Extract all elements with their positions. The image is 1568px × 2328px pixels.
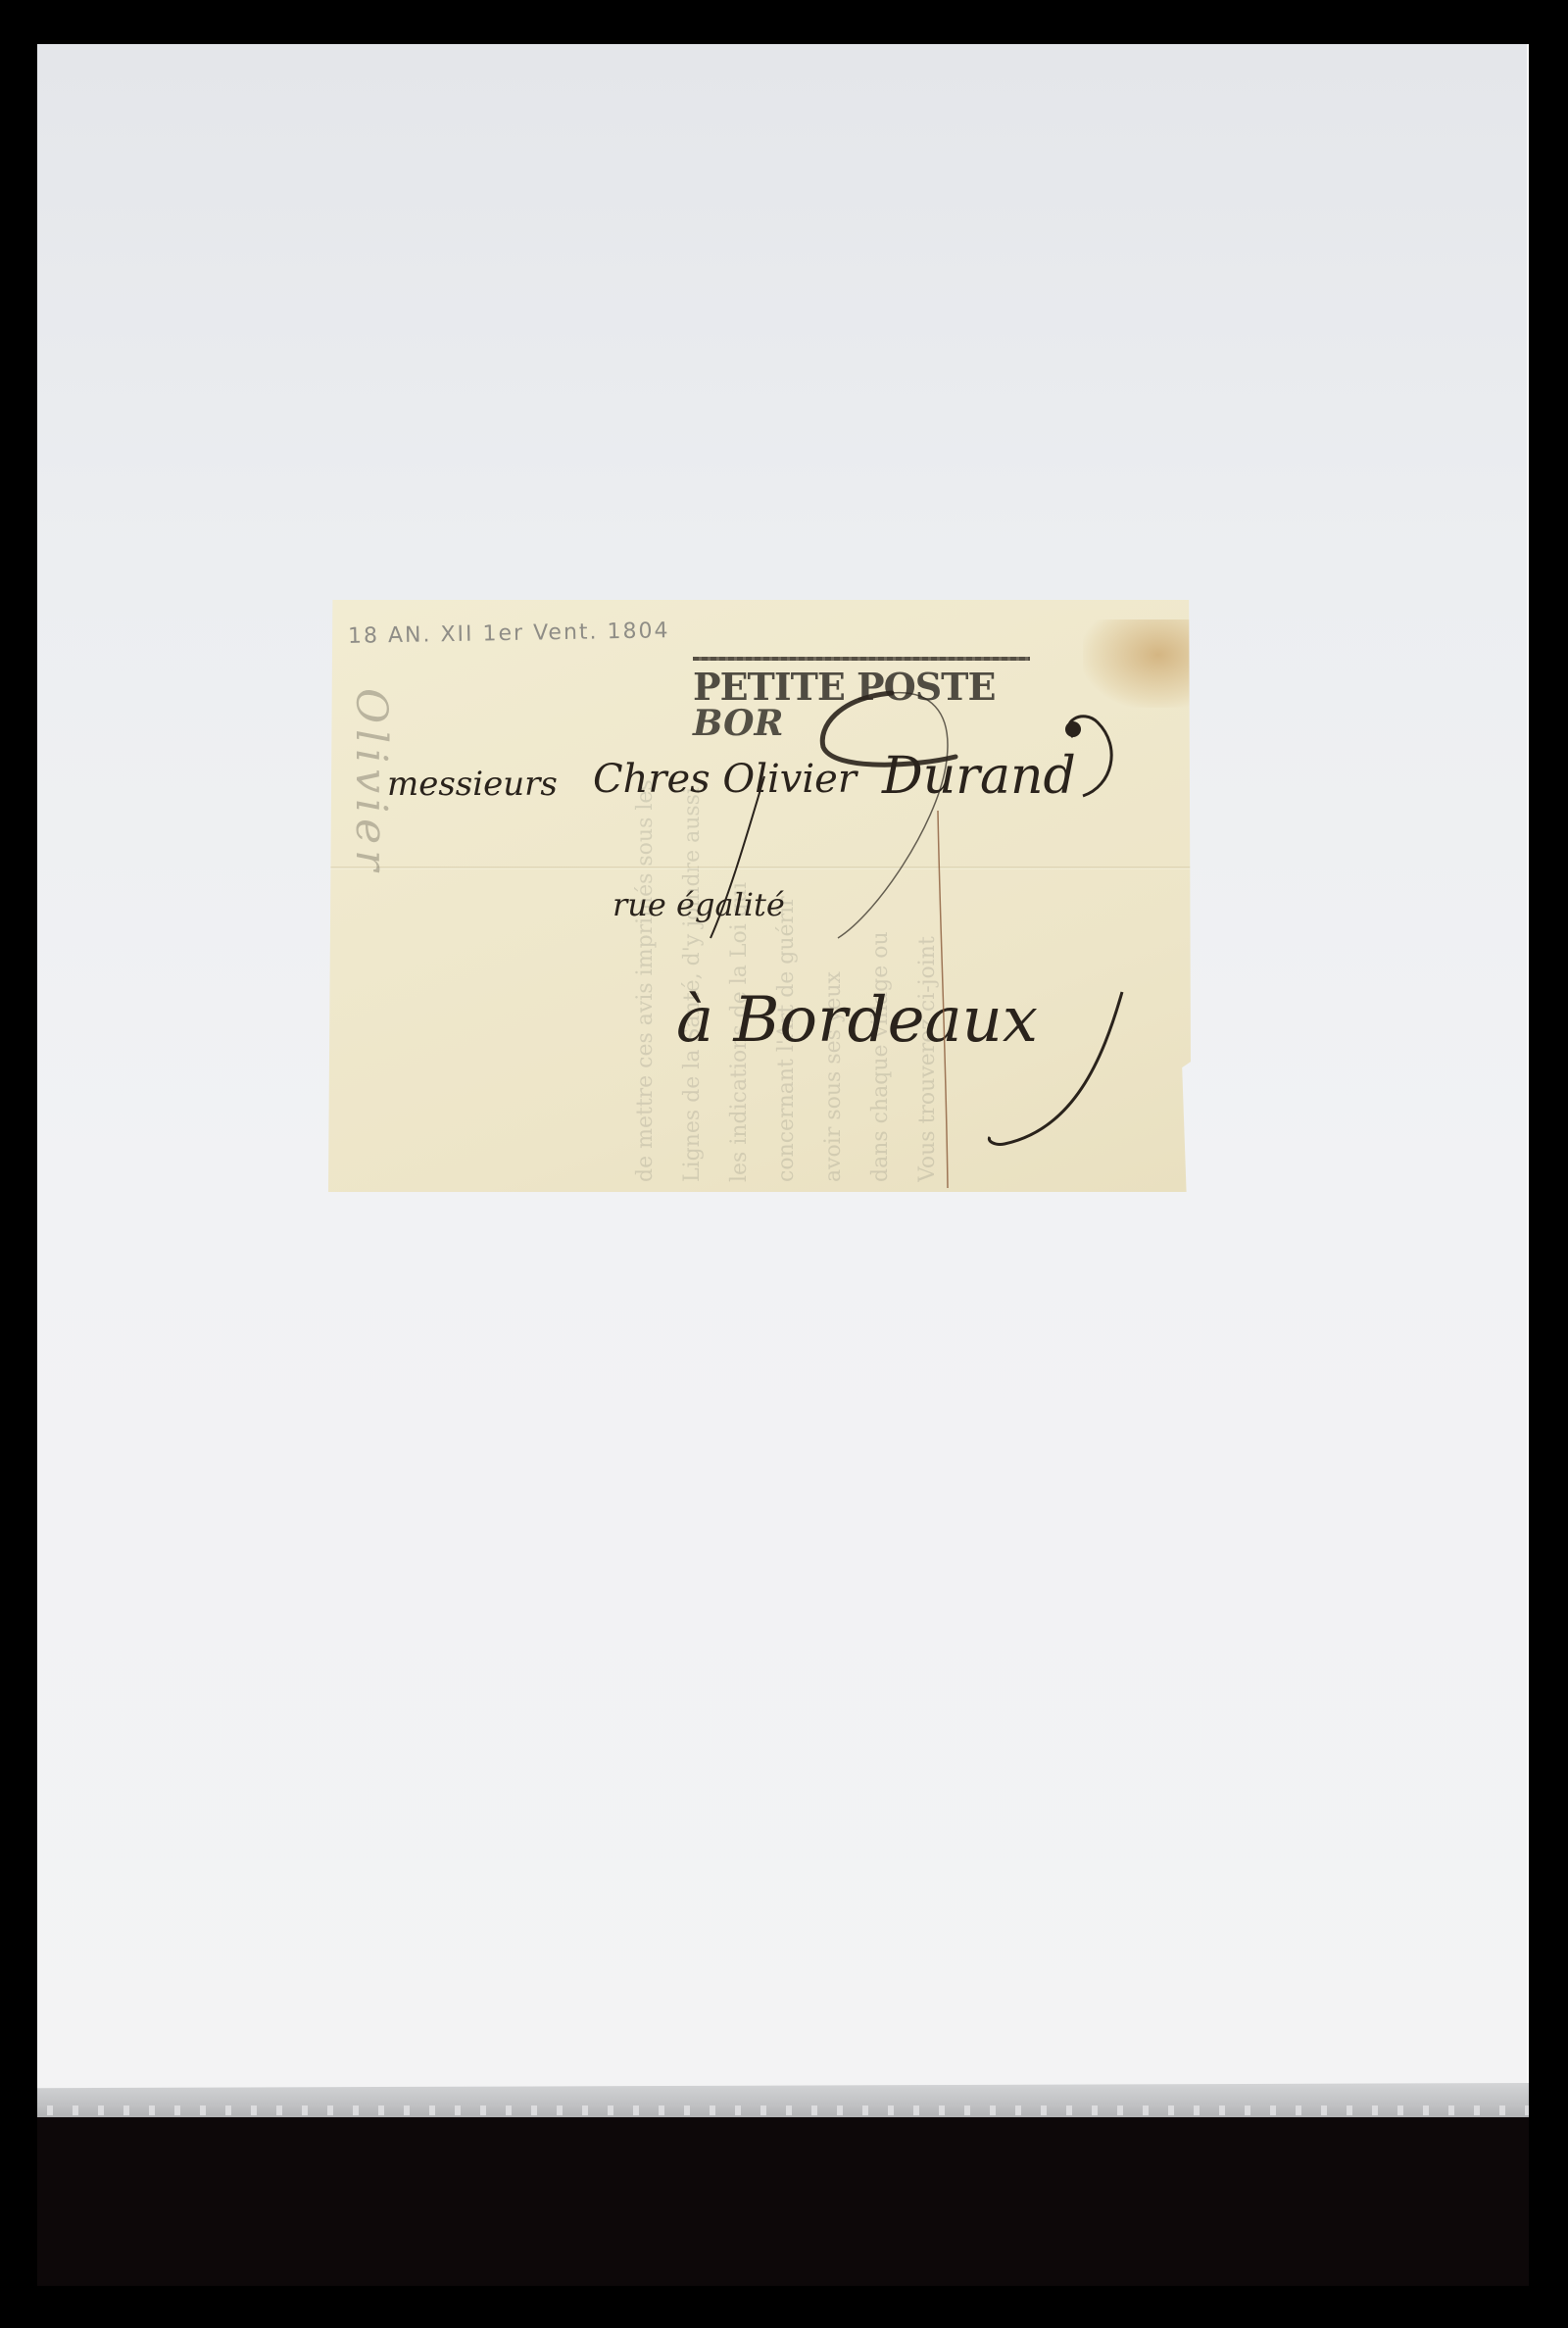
dark-background-fabric — [37, 2117, 1529, 2286]
manuscript-flourishes — [328, 600, 1191, 1192]
postal-cover: de mettre ces avis imprimés sous les Lig… — [328, 600, 1191, 1192]
binding-perforations — [37, 2105, 1529, 2115]
page-edge — [1527, 44, 1529, 2098]
